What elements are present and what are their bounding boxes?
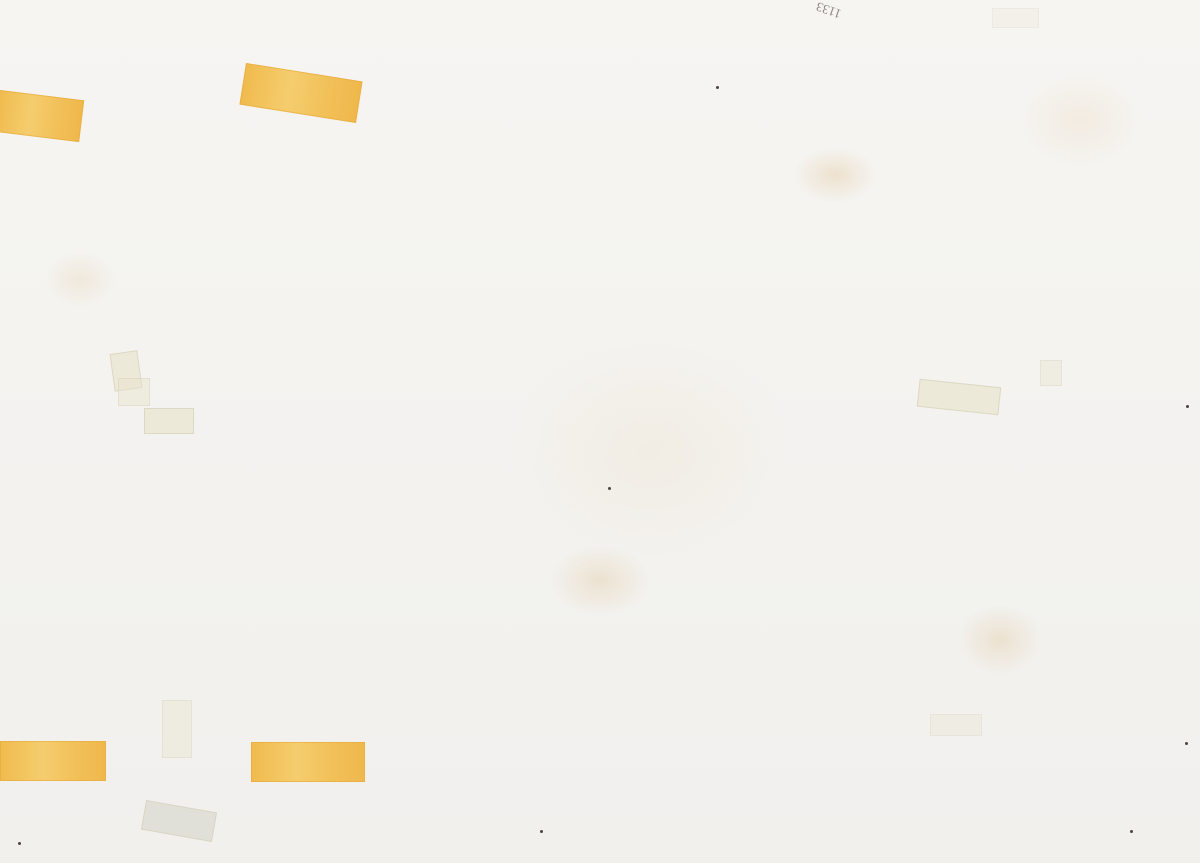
dot [540,830,543,833]
clear-tape-bottom [141,800,217,842]
dot [1130,830,1133,833]
dot [608,487,611,490]
dot [18,842,21,845]
dot [716,86,719,89]
yellow-tape-bottom-center [251,742,365,782]
clear-tape-top-right [992,8,1039,28]
clear-tape-left-2 [118,378,150,406]
clear-tape-right-small [1040,360,1062,386]
clear-tape-left-3 [144,408,194,434]
dot [1186,405,1189,408]
clear-tape-right [917,379,1001,415]
dot [1185,742,1188,745]
paper-sheet: 1133 [0,0,1200,863]
yellow-tape-top-left [0,90,84,142]
yellow-tape-top-center [239,63,362,123]
yellow-tape-bottom-left [0,741,106,781]
pencil-note: 1133 [814,0,843,22]
clear-tape-bottom-left [162,700,192,758]
clear-tape-bottom-right [930,714,982,736]
